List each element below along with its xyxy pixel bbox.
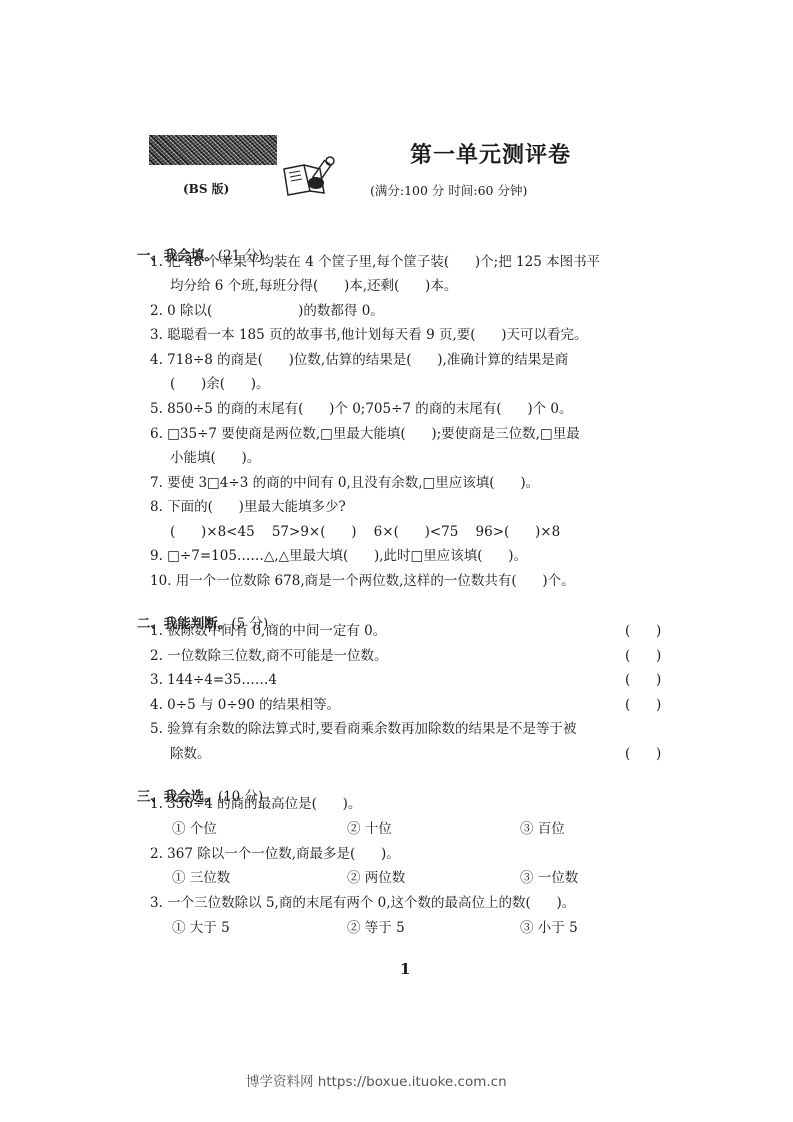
question-line: ( )余( )。 — [170, 375, 270, 393]
question-line: 7. 要使 3□4÷3 的商的中间有 0,且没有余数,□里应该填( )。 — [150, 474, 539, 492]
watermark-footer: 博学资料网 https://boxue.ituoke.com.cn — [246, 1070, 507, 1090]
question-line: 8. 下面的( )里最大能填多少? — [150, 498, 346, 516]
option-1: ① 三位数 — [172, 869, 230, 887]
exam-meta: (满分:100 分 时间:60 分钟) — [370, 181, 527, 199]
answer-parentheses: ( ) — [625, 696, 661, 714]
option-1: ① 个位 — [172, 820, 217, 838]
question-line: 除数。 — [170, 745, 211, 763]
header-banner-graphic — [149, 135, 277, 165]
question-stem: 3. 一个三位数除以 5,商的末尾有两个 0,这个数的最高位上的数( )。 — [150, 894, 575, 912]
question-line: 4. 718÷8 的商是( )位数,估算的结果是( ),准确计算的结果是商 — [150, 351, 568, 369]
page-number: 1 — [400, 960, 410, 978]
option-2: ② 十位 — [347, 820, 392, 838]
question-line: 4. 0÷5 与 0÷90 的结果相等。 — [150, 696, 340, 714]
edition-label: (BS 版) — [183, 180, 229, 197]
answer-parentheses: ( ) — [625, 671, 661, 689]
question-line: 1. 被除数中间有 0,商的中间一定有 0。 — [150, 622, 386, 640]
option-3: ③ 百位 — [520, 820, 565, 838]
question-stem: 1. 356÷4 的商的最高位是( )。 — [150, 795, 361, 813]
question-line: 3. 144÷4=35……4 — [150, 671, 277, 689]
question-line: 1. 把 48 个苹果平均装在 4 个筐子里,每个筐子装( )个;把 125 本… — [150, 253, 600, 271]
option-1: ① 大于 5 — [172, 919, 230, 937]
question-line: 均分给 6 个班,每班分得( )本,还剩( )本。 — [170, 277, 457, 295]
answer-parentheses: ( ) — [625, 745, 661, 763]
book-microscope-icon — [280, 155, 340, 197]
question-line: 6. □35÷7 要使商是两位数,□里最大能填( );要使商是三位数,□里最 — [150, 425, 580, 443]
question-line: ( )×8<45 57>9×( ) 6×( )<75 96>( )×8 — [170, 523, 560, 541]
question-line: 2. 一位数除三位数,商不可能是一位数。 — [150, 647, 387, 665]
question-stem: 2. 367 除以一个一位数,商最多是( )。 — [150, 845, 400, 863]
option-2: ② 等于 5 — [347, 919, 405, 937]
option-2: ② 两位数 — [347, 869, 405, 887]
question-line: 2. 0 除以( )的数都得 0。 — [150, 302, 384, 320]
question-line: 5. 验算有余数的除法算式时,要看商乘余数再加除数的结果是不是等于被 — [150, 720, 576, 738]
question-line: 3. 聪聪看一本 185 页的故事书,他计划每天看 9 页,要( )天可以看完。 — [150, 326, 588, 344]
question-line: 9. □÷7=105……△,△里最大填( ),此时□里应该填( )。 — [150, 547, 527, 565]
option-3: ③ 一位数 — [520, 869, 578, 887]
option-3: ③ 小于 5 — [520, 919, 578, 937]
question-line: 5. 850÷5 的商的末尾有( )个 0;705÷7 的商的末尾有( )个 0… — [150, 400, 572, 418]
question-line: 10. 用一个一位数除 678,商是一个两位数,这样的一位数共有( )个。 — [150, 572, 575, 590]
answer-parentheses: ( ) — [625, 647, 661, 665]
question-line: 小能填( )。 — [170, 449, 260, 467]
answer-parentheses: ( ) — [625, 622, 661, 640]
exam-page: (BS 版) 第一单元测评卷 (满分:100 分 时间:60 分钟) 一、我会填… — [0, 0, 793, 1122]
page-title: 第一单元测评卷 — [410, 138, 571, 169]
